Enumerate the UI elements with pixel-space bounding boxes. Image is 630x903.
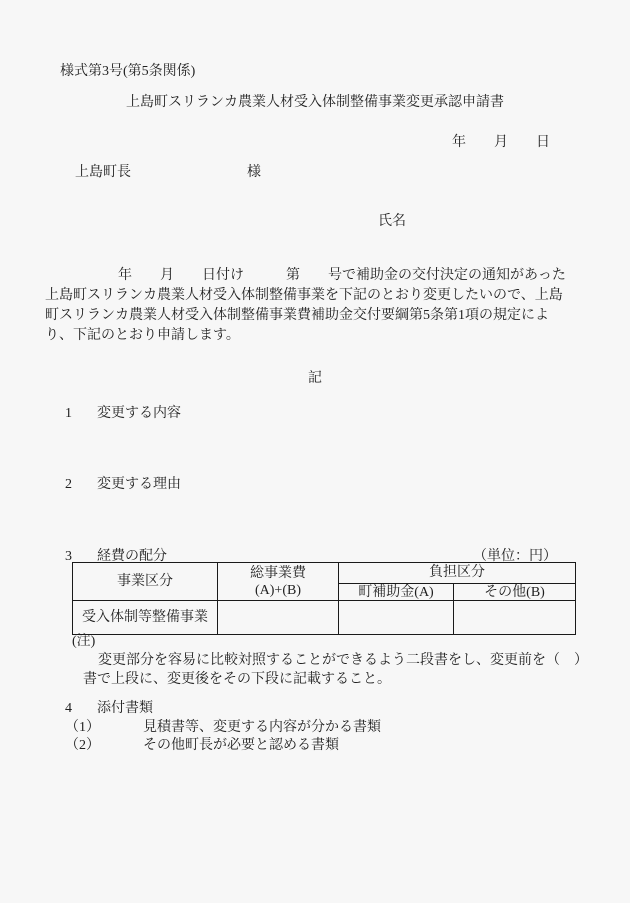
table-header-burden-category: 負担区分: [339, 563, 576, 584]
section-2-change-reason: 2 変更する理由: [65, 475, 181, 495]
cost-allocation-table: 事業区分 総事業費 (A)+(B) 負担区分 町補助金(A) その他(B) 受入…: [72, 562, 576, 635]
table-header-total-cost: 総事業費 (A)+(B): [218, 563, 339, 601]
attachment-item-1-number: （1）: [65, 718, 143, 737]
table-cell-subsidy-value: [339, 601, 454, 635]
date-line: 年 月 日: [452, 133, 550, 153]
table-header-town-subsidy: 町補助金(A): [339, 584, 454, 601]
table-cell-other-value: [454, 601, 576, 635]
table-header-business-category: 事業区分: [73, 563, 218, 601]
section-1-changed-content: 1 変更する内容: [65, 404, 181, 424]
note-line-2: 書で上段に、変更後をその下段に記載すること。: [83, 670, 391, 689]
application-paragraph: 年 月 日付け 第 号で補助金の交付決定の通知があった 上島町スリランカ農業人材…: [45, 266, 585, 346]
attachment-item-2: （2） その他町長が必要と認める書類: [65, 736, 339, 755]
note-line-1: 変更部分を容易に比較対照することができるよう二段書をし、変更前を（ ）: [98, 651, 588, 670]
section-4-label: 添付書類: [97, 699, 153, 719]
paragraph-line-1: 年 月 日付け 第 号で補助金の交付決定の通知があった: [45, 266, 585, 286]
attachment-item-1: （1） 見積書等、変更する内容が分かる書類: [65, 718, 381, 737]
table-cell-total-value: [218, 601, 339, 635]
paragraph-line-2: 上島町スリランカ農業人材受入体制整備事業を下記のとおり変更したいので、上島: [45, 286, 585, 306]
paragraph-line-3: 町スリランカ農業人材受入体制整備事業費補助金交付要綱第5条第1項の規定によ: [45, 306, 585, 326]
section-4-number: 4: [65, 699, 97, 719]
addressee-name: 上島町長: [75, 163, 131, 183]
section-1-label: 変更する内容: [97, 404, 181, 424]
table-header-total-cost-line1: 総事業費: [218, 565, 338, 582]
section-2-number: 2: [65, 475, 97, 495]
attachment-item-2-number: （2）: [65, 736, 143, 755]
section-1-number: 1: [65, 404, 97, 424]
ki-heading: 記: [0, 369, 630, 389]
applicant-name-label: 氏名: [378, 212, 406, 232]
section-2-label: 変更する理由: [97, 475, 181, 495]
attachment-item-2-label: その他町長が必要と認める書類: [143, 736, 339, 755]
document-page: 様式第3号(第5条関係) 上島町スリランカ農業人材受入体制整備事業変更承認申請書…: [0, 0, 630, 903]
document-title: 上島町スリランカ農業人材受入体制整備事業変更承認申請書: [0, 93, 630, 113]
note-label: (注): [72, 632, 95, 651]
addressee-honorific: 様: [247, 163, 261, 183]
section-4-attachments: 4 添付書類: [65, 699, 153, 719]
table-header-total-cost-line2: (A)+(B): [218, 582, 338, 599]
table-header-other: その他(B): [454, 584, 576, 601]
attachment-item-1-label: 見積書等、変更する内容が分かる書類: [143, 718, 381, 737]
form-number: 様式第3号(第5条関係): [60, 62, 195, 82]
table-row-business-name: 受入体制等整備事業: [73, 601, 218, 635]
paragraph-line-4: り、下記のとおり申請します。: [45, 326, 585, 346]
